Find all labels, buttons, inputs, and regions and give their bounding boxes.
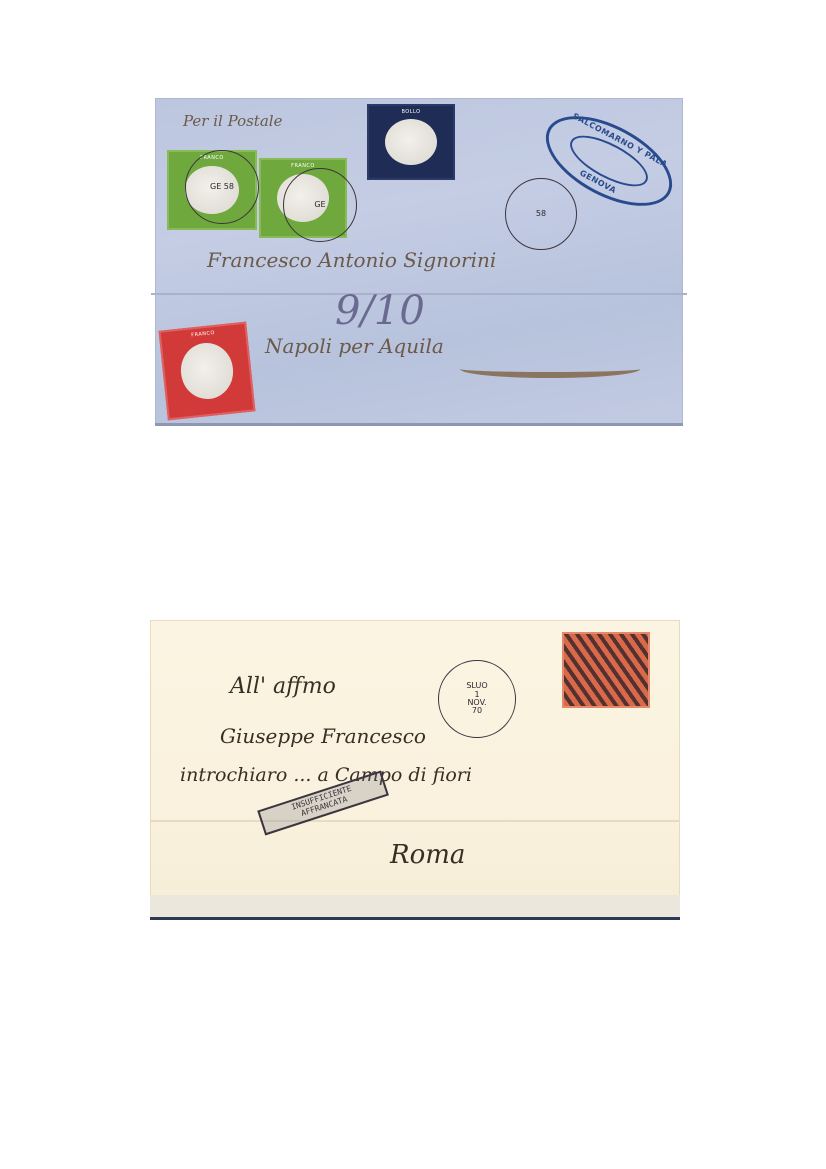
stamp-blue: BOLLO [367,104,455,180]
destination: Napoli per Aquila [265,334,444,358]
addressee: Francesco Antonio Signorini [207,248,496,272]
address-line: introchiaro ... a Campo di fiori [180,764,472,786]
cover-edge [150,917,680,920]
underline-flourish [460,360,640,378]
postmark-circle: 58 [505,178,577,250]
cover-edge [155,423,683,426]
postmark-circle: GE 58 [185,150,259,224]
destination: Roma [390,840,465,870]
rate-mark: 9/10 [335,288,425,334]
stamp-red: FRANCO [159,322,256,421]
grid-cancel [564,634,648,706]
route-note: Per il Postale [183,112,282,130]
date-postmark: SLUO 1 NOV. 70 [438,660,516,738]
blue-letter-cover: Per il Postale Francesco Antonio Signori… [155,98,683,426]
fold-line [150,820,680,822]
salutation: All' affmo [230,674,336,699]
cream-letter-cover: All' affmo Giuseppe Francesco introchiar… [150,620,680,920]
cover-base [150,895,680,917]
postmark-circle: GE [283,168,357,242]
stamp-orange [562,632,650,708]
addressee: Giuseppe Francesco [220,724,426,748]
